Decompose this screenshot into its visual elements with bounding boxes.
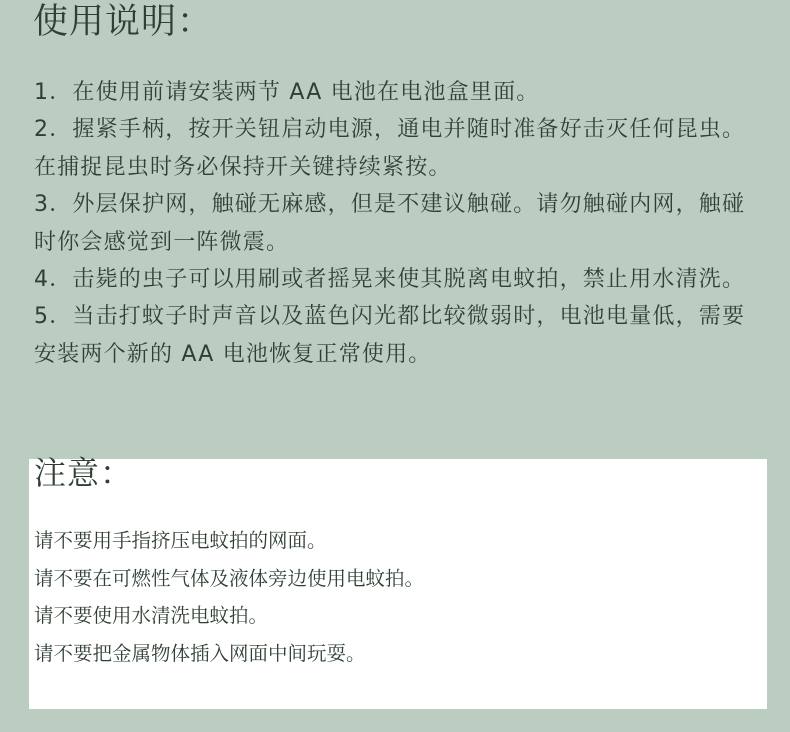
notice-item: 请不要用手指挤压电蚊拍的网面。 xyxy=(34,522,424,560)
notice-item: 请不要使用水清洗电蚊拍。 xyxy=(34,597,424,635)
usage-item: 3．外层保护网，触碰无麻感，但是不建议触碰。请勿触碰内网，触碰时你会感觉到一阵微… xyxy=(34,186,764,261)
notice-item: 请不要把金属物体插入网面中间玩耍。 xyxy=(34,635,424,673)
usage-item: 5．当击打蚊子时声音以及蓝色闪光都比较微弱时，电池电量低，需要安装两个新的 AA… xyxy=(34,298,764,373)
notice-item: 请不要在可燃性气体及液体旁边使用电蚊拍。 xyxy=(34,560,424,598)
notice-title: 注意： xyxy=(34,453,133,493)
usage-item: 4．击毙的虫子可以用刷或者摇晃来使其脱离电蚊拍，禁止用水清洗。 xyxy=(34,261,764,298)
usage-instructions-list: 1．在使用前请安装两节 AA 电池在电池盒里面。 2．握紧手柄，按开关钮启动电源… xyxy=(34,74,764,373)
usage-item: 1．在使用前请安装两节 AA 电池在电池盒里面。 xyxy=(34,74,764,111)
usage-item: 2．握紧手柄，按开关钮启动电源，通电并随时准备好击灭任何昆虫。在捕捉昆虫时务必保… xyxy=(34,111,764,186)
notice-list: 请不要用手指挤压电蚊拍的网面。 请不要在可燃性气体及液体旁边使用电蚊拍。 请不要… xyxy=(34,522,424,672)
notice-panel: 注意： 请不要用手指挤压电蚊拍的网面。 请不要在可燃性气体及液体旁边使用电蚊拍。… xyxy=(29,459,767,709)
usage-title: 使用说明： xyxy=(33,0,213,44)
